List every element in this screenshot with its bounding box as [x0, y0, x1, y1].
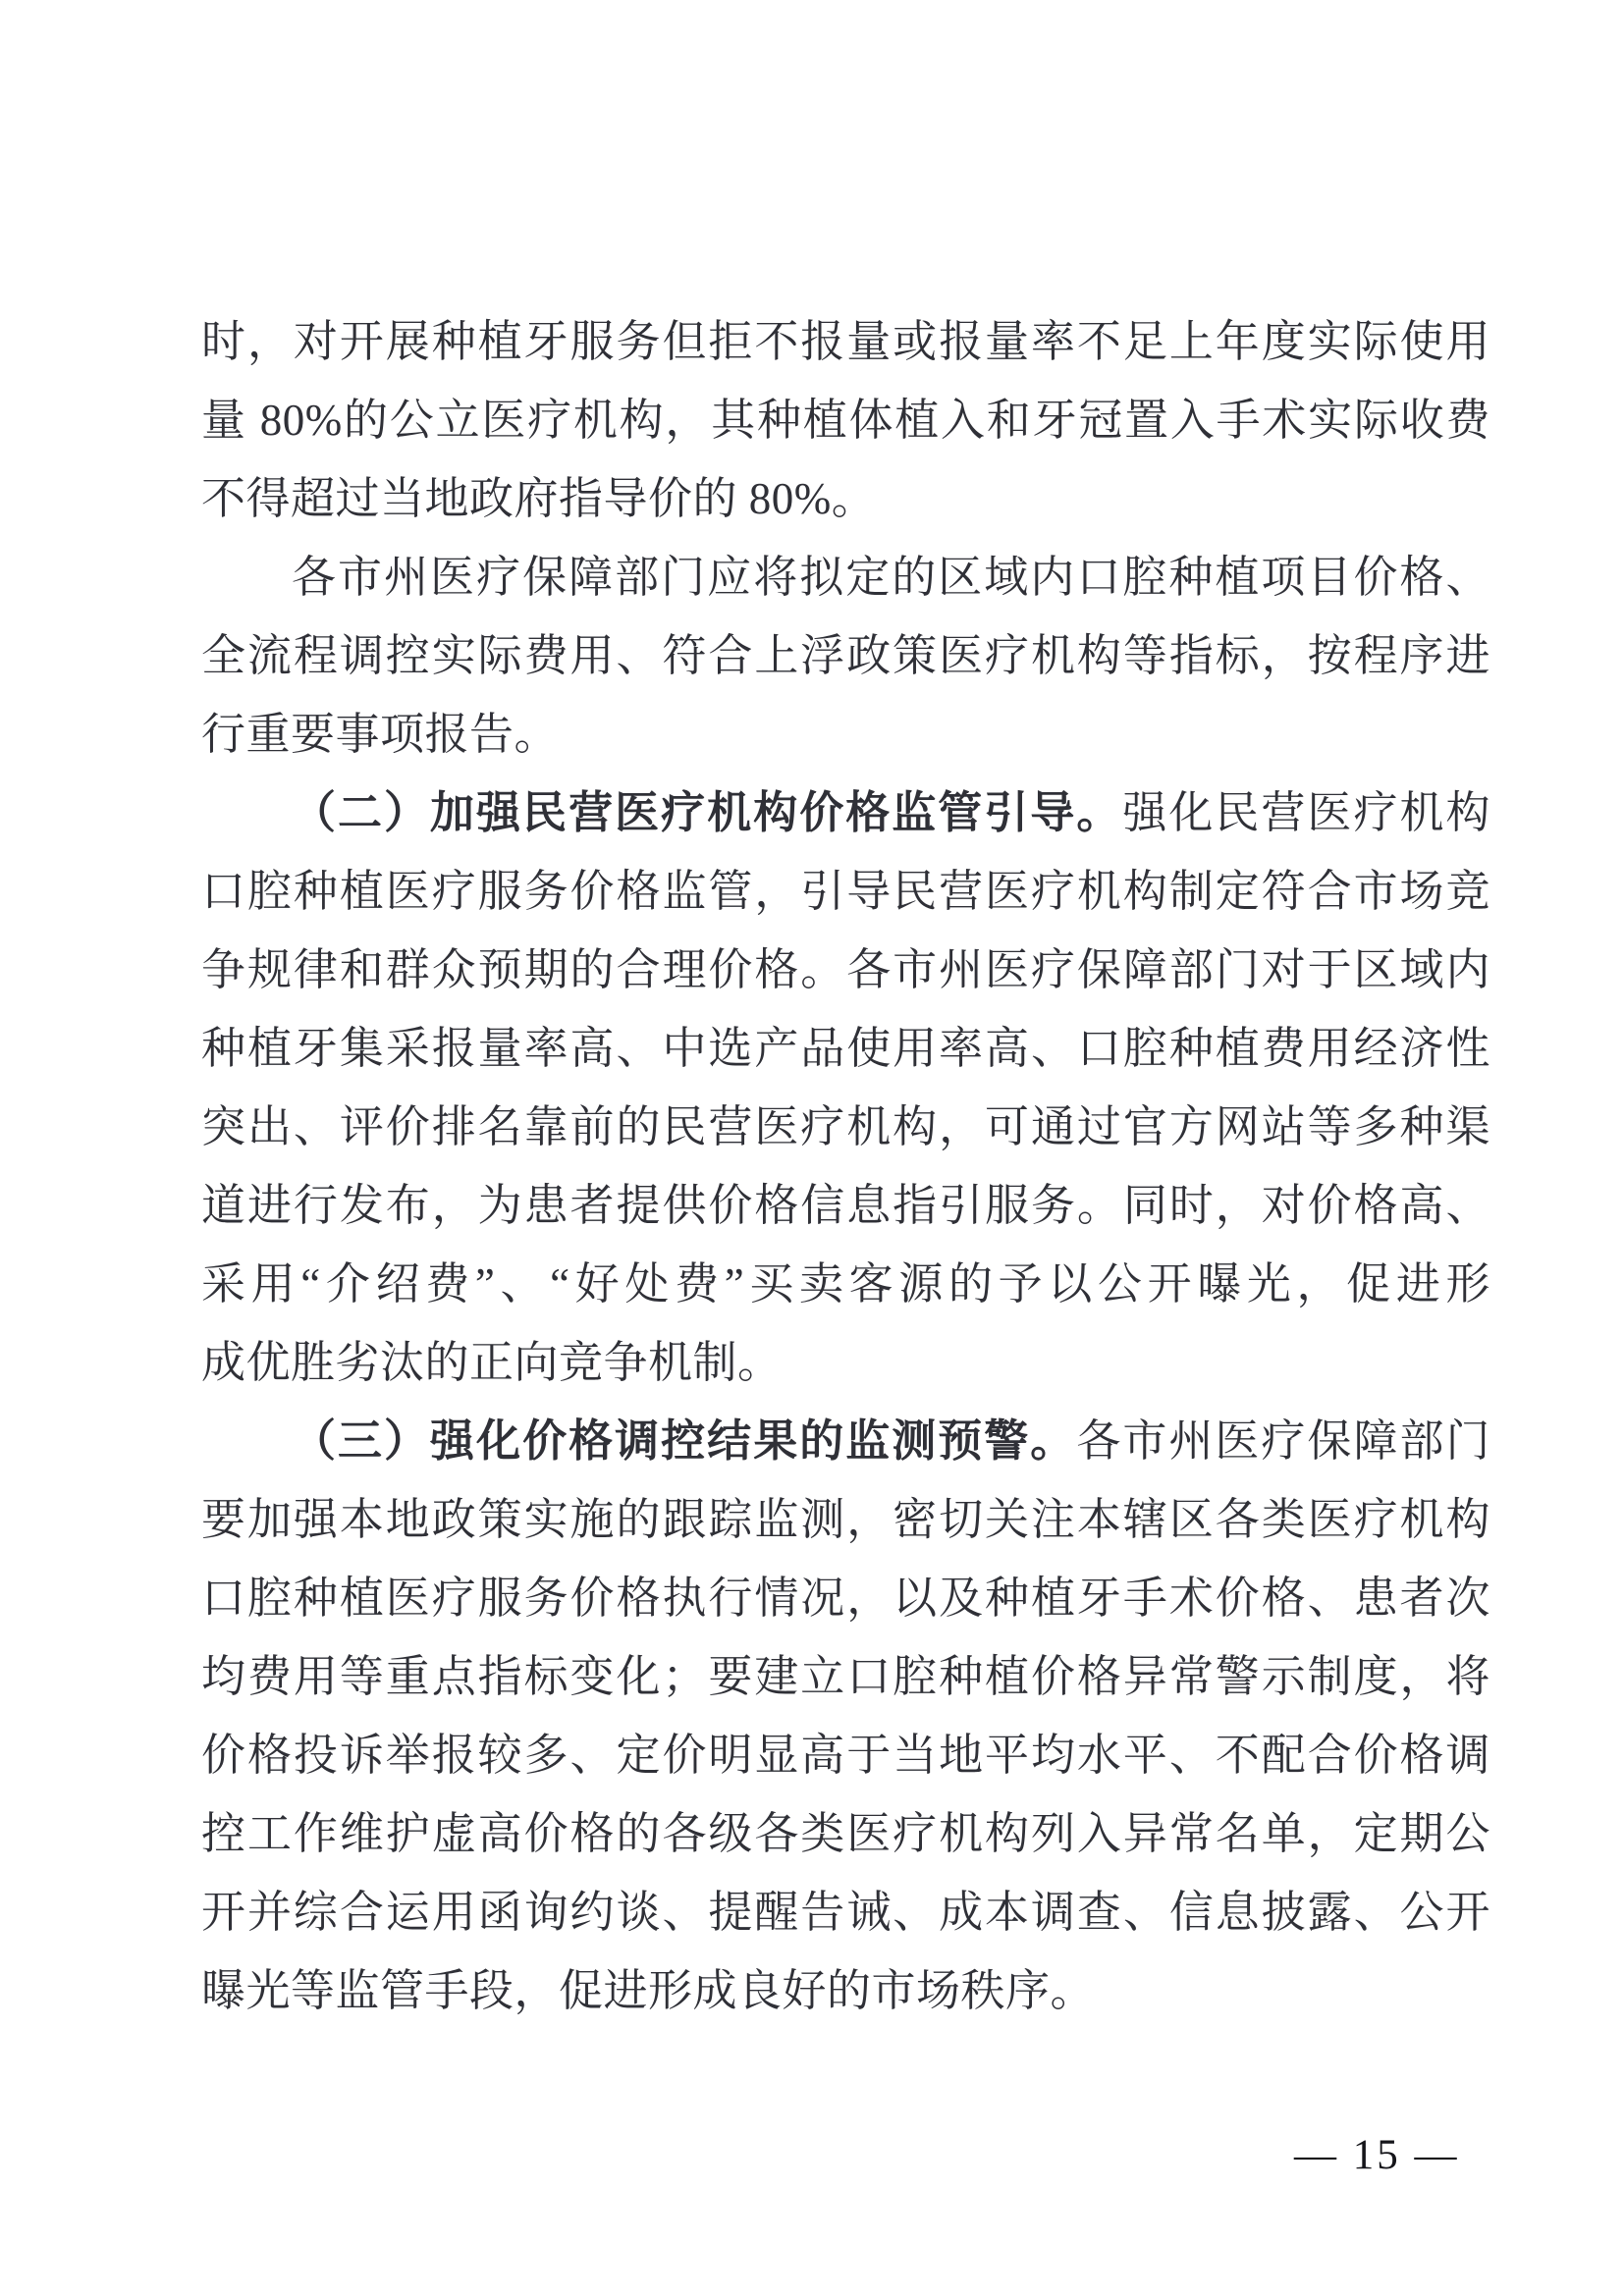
text-line: 道进行发布，为患者提供价格信息指引服务。同时，对价格高、 — [201, 1166, 1490, 1245]
text-line: 口腔种植医疗服务价格执行情况，以及种植牙手术价格、患者次 — [201, 1559, 1490, 1637]
text-line: 突出、评价排名靠前的民营医疗机构，可通过官方网站等多种渠 — [201, 1088, 1490, 1166]
text-line: 争规律和群众预期的合理价格。各市州医疗保障部门对于区域内 — [201, 931, 1490, 1009]
text-line: 量 80%的公立医疗机构，其种植体植入和牙冠置入手术实际收费 — [201, 381, 1490, 459]
text-line: 全流程调控实际费用、符合上浮政策医疗机构等指标，按程序进 — [201, 616, 1490, 695]
text-line: 控工作维护虚高价格的各级各类医疗机构列入异常名单，定期公 — [201, 1794, 1490, 1873]
text-line: 行重要事项报告。 — [201, 695, 1490, 774]
text-line: 开并综合运用函询约谈、提醒告诫、成本调查、信息披露、公开 — [201, 1873, 1490, 1951]
text-line: 各市州医疗保障部门应将拟定的区域内口腔种植项目价格、 — [201, 538, 1490, 616]
text-line: 口腔种植医疗服务价格监管，引导民营医疗机构制定符合市场竞 — [201, 852, 1490, 931]
text-run: 各市州医疗保障部门 — [1076, 1416, 1490, 1466]
text-line: （三）强化价格调控结果的监测预警。各市州医疗保障部门 — [201, 1402, 1490, 1480]
text-line: 种植牙集采报量率高、中选产品使用率高、口腔种植费用经济性 — [201, 1009, 1490, 1088]
page-number: — 15 — — [1294, 2126, 1460, 2185]
section-heading-2: （二）加强民营医疗机构价格监管引导。 — [292, 788, 1122, 837]
text-line: （二）加强民营医疗机构价格监管引导。强化民营医疗机构 — [201, 774, 1490, 852]
text-line: 时，对开展种植牙服务但拒不报量或报量率不足上年度实际使用 — [201, 302, 1490, 381]
text-line: 均费用等重点指标变化；要建立口腔种植价格异常警示制度，将 — [201, 1637, 1490, 1716]
text-line: 采用“介绍费”、“好处费”买卖客源的予以公开曝光，促进形 — [201, 1245, 1490, 1323]
text-line: 价格投诉举报较多、定价明显高于当地平均水平、不配合价格调 — [201, 1716, 1490, 1794]
text-line: 不得超过当地政府指导价的 80%。 — [201, 459, 1490, 538]
text-run: 强化民营医疗机构 — [1122, 788, 1490, 837]
text-line: 要加强本地政策实施的跟踪监测，密切关注本辖区各类医疗机构 — [201, 1480, 1490, 1559]
section-heading-3: （三）强化价格调控结果的监测预警。 — [292, 1416, 1076, 1466]
text-line: 曝光等监管手段，促进形成良好的市场秩序。 — [201, 1951, 1490, 2030]
body-text-block: 时，对开展种植牙服务但拒不报量或报量率不足上年度实际使用 量 80%的公立医疗机… — [201, 302, 1490, 2030]
document-page: 时，对开展种植牙服务但拒不报量或报量率不足上年度实际使用 量 80%的公立医疗机… — [0, 0, 1624, 2296]
text-line: 成优胜劣汰的正向竞争机制。 — [201, 1323, 1490, 1402]
